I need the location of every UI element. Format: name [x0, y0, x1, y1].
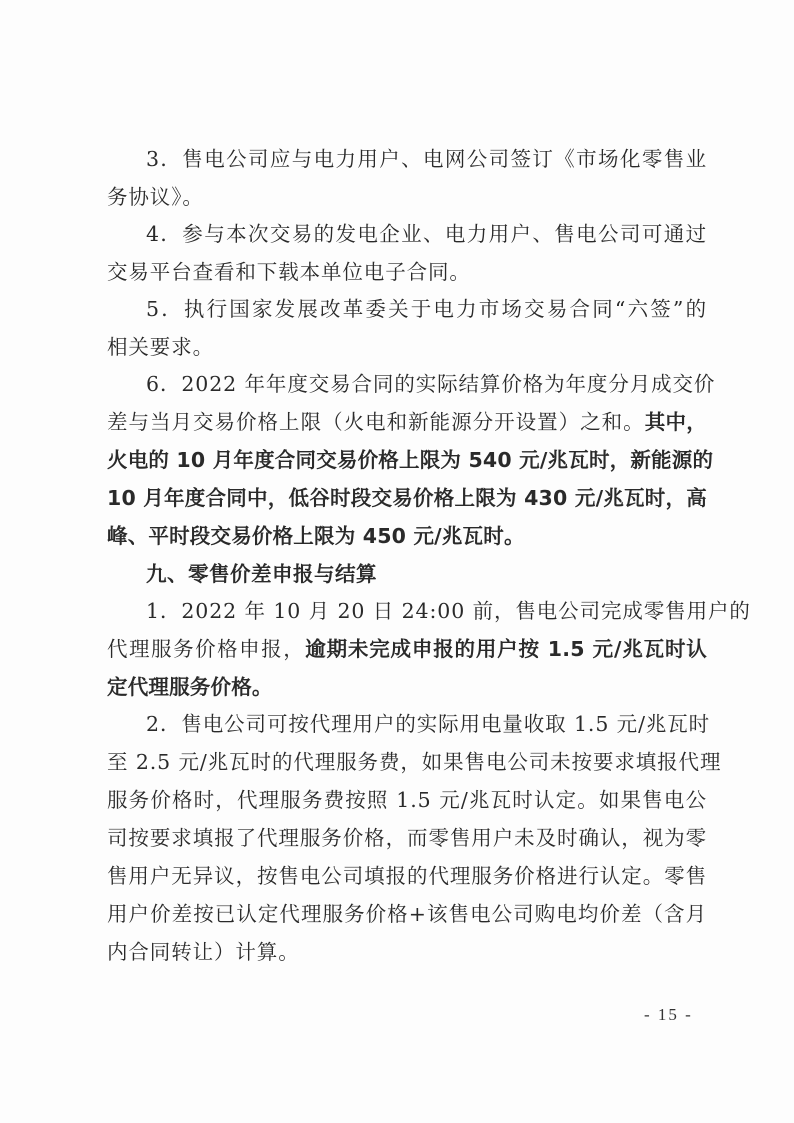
sec9-item-2-line-1: 2．售电公司可按代理用户的实际用电量收取 1.5 元/兆瓦时: [146, 710, 707, 738]
item-6-normal-text: 差与当月交易价格上限（火电和新能源分开设置）之和。: [107, 410, 645, 434]
sec9-item-2-line-5: 售用户无异议，按售电公司填报的代理服务价格进行认定。零售: [107, 862, 707, 890]
sec9-item-2-line-2: 至 2.5 元/兆瓦时的代理服务费，如果售电公司未按要求填报代理: [107, 748, 707, 776]
sec9-item-1-line-3: 定代理服务价格。: [107, 673, 707, 701]
sec9-item-1-normal-text: 代理服务价格申报，: [107, 637, 305, 661]
item-6-bold-text: 其中，: [645, 410, 707, 434]
item-5-line-1: 5．执行国家发展改革委关于电力市场交易合同“六签”的: [146, 295, 707, 323]
item-5-line-2: 相关要求。: [107, 333, 707, 361]
sec9-item-2-line-7: 内合同转让）计算。: [107, 938, 707, 966]
item-6-line-2: 差与当月交易价格上限（火电和新能源分开设置）之和。其中，: [107, 408, 707, 436]
document-page: 3．售电公司应与电力用户、电网公司签订《市场化零售业 务协议》。 4．参与本次交…: [0, 0, 794, 1123]
sec9-item-2-line-4: 司按要求填报了代理服务价格，而零售用户未及时确认，视为零: [107, 824, 707, 852]
sec9-item-1-line-1: 1．2022 年 10 月 20 日 24:00 前，售电公司完成零售用户的: [146, 597, 707, 625]
page-number: - 15 -: [644, 1005, 693, 1025]
item-6-line-1: 6．2022 年年度交易合同的实际结算价格为年度分月成交价: [146, 370, 707, 398]
section-heading-9: 九、零售价差申报与结算: [146, 560, 707, 588]
item-3-line-2: 务协议》。: [107, 183, 707, 211]
sec9-item-1-bold-text: 逾期未完成申报的用户按 1.5 元/兆瓦时认: [305, 637, 707, 661]
item-6-line-3: 火电的 10 月年度合同交易价格上限为 540 元/兆瓦时，新能源的: [107, 446, 707, 474]
sec9-item-1-line-2: 代理服务价格申报，逾期未完成申报的用户按 1.5 元/兆瓦时认: [107, 635, 707, 663]
sec9-item-2-line-3: 服务价格时，代理服务费按照 1.5 元/兆瓦时认定。如果售电公: [107, 786, 707, 814]
item-4-line-2: 交易平台查看和下载本单位电子合同。: [107, 258, 707, 286]
item-6-line-5: 峰、平时段交易价格上限为 450 元/兆瓦时。: [107, 522, 707, 550]
item-4-line-1: 4．参与本次交易的发电企业、电力用户、售电公司可通过: [146, 220, 707, 248]
item-6-line-4: 10 月年度合同中，低谷时段交易价格上限为 430 元/兆瓦时，高: [107, 484, 707, 512]
sec9-item-2-line-6: 用户价差按已认定代理服务价格+该售电公司购电均价差（含月: [107, 900, 707, 928]
item-3-line-1: 3．售电公司应与电力用户、电网公司签订《市场化零售业: [146, 145, 707, 173]
